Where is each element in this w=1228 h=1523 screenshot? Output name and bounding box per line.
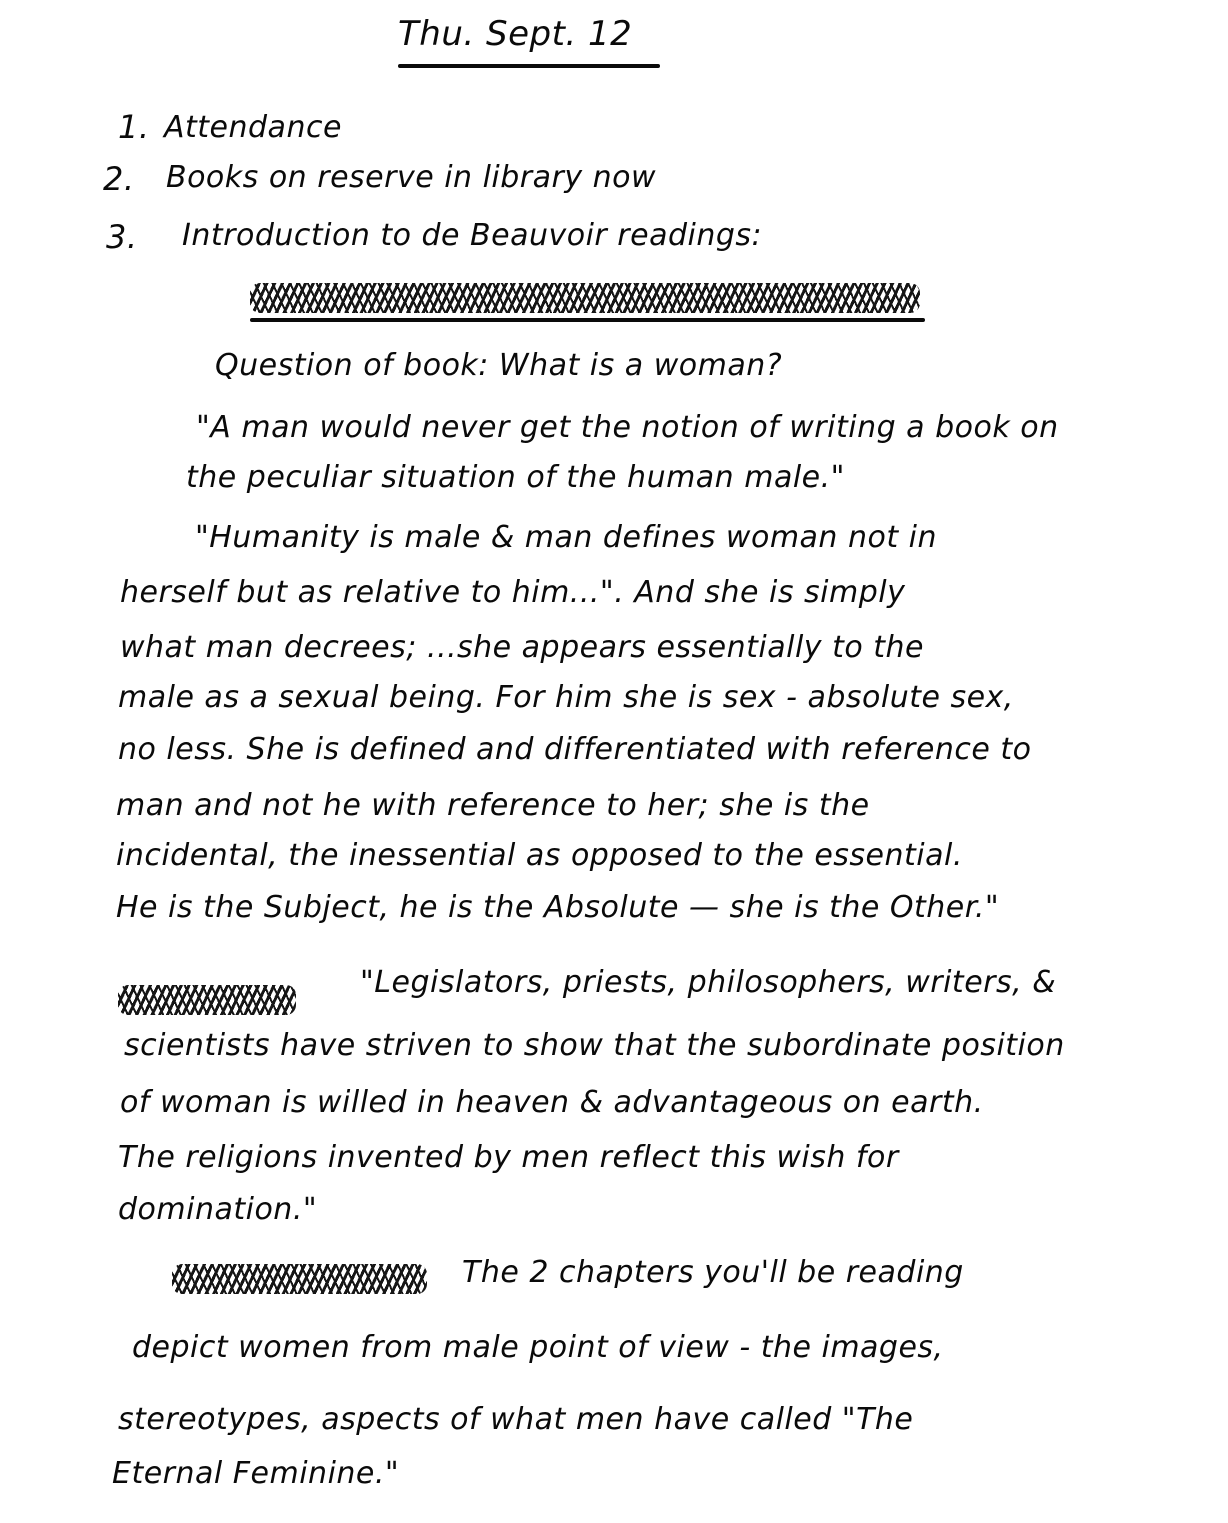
agenda-number-1: 1. <box>118 108 150 146</box>
quote1-line-2: the peculiar situation of the human male… <box>186 460 845 495</box>
quote2-line-2: herself but as relative to him...". And … <box>120 575 905 610</box>
quote2-line-4: male as a sexual being. For him she is s… <box>118 680 1014 715</box>
quote2-line-7: incidental, the inessential as opposed t… <box>116 838 963 873</box>
crossed-out-scribble-1 <box>250 283 920 313</box>
handwritten-notes-page: Thu. Sept. 12 1. Attendance 2. Books on … <box>0 0 1228 1523</box>
crossed-out-scribble-2 <box>118 985 296 1015</box>
quote3-line-4: The religions invented by men reflect th… <box>118 1140 899 1175</box>
agenda-number-3: 3. <box>106 218 138 256</box>
quote3-line-3: of woman is willed in heaven & advantage… <box>120 1085 984 1120</box>
agenda-item-books: Books on reserve in library now <box>166 160 656 195</box>
page-date-heading: Thu. Sept. 12 <box>398 14 632 54</box>
quote3-line-1: "Legislators, priests, philosophers, wri… <box>360 965 1056 1000</box>
quote3-line-2: scientists have striven to show that the… <box>124 1028 1065 1063</box>
agenda-item-attendance: Attendance <box>164 110 342 145</box>
closing-line-2: depict women from male point of view - t… <box>132 1330 944 1365</box>
quote2-line-5: no less. She is defined and differentiat… <box>118 732 1031 767</box>
closing-line-1: The 2 chapters you'll be reading <box>462 1255 964 1290</box>
question-line: Question of book: What is a woman? <box>215 348 782 383</box>
agenda-item-intro: Introduction to de Beauvoir readings: <box>182 218 762 253</box>
quote3-line-5: domination." <box>118 1192 317 1227</box>
quote2-line-8: He is the Subject, he is the Absolute — … <box>116 890 999 925</box>
heading-underline <box>398 64 660 68</box>
crossed-out-scribble-3 <box>172 1264 427 1294</box>
quote1-line-1: "A man would never get the notion of wri… <box>196 410 1059 445</box>
closing-line-4: Eternal Feminine." <box>112 1456 399 1491</box>
agenda-number-2: 2. <box>103 160 135 198</box>
strike-line-1 <box>250 318 925 322</box>
quote2-line-6: man and not he with reference to her; sh… <box>116 788 870 823</box>
quote2-line-3: what man decrees; ...she appears essenti… <box>120 630 924 665</box>
closing-line-3: stereotypes, aspects of what men have ca… <box>118 1402 913 1437</box>
quote2-line-1: "Humanity is male & man defines woman no… <box>195 520 937 555</box>
